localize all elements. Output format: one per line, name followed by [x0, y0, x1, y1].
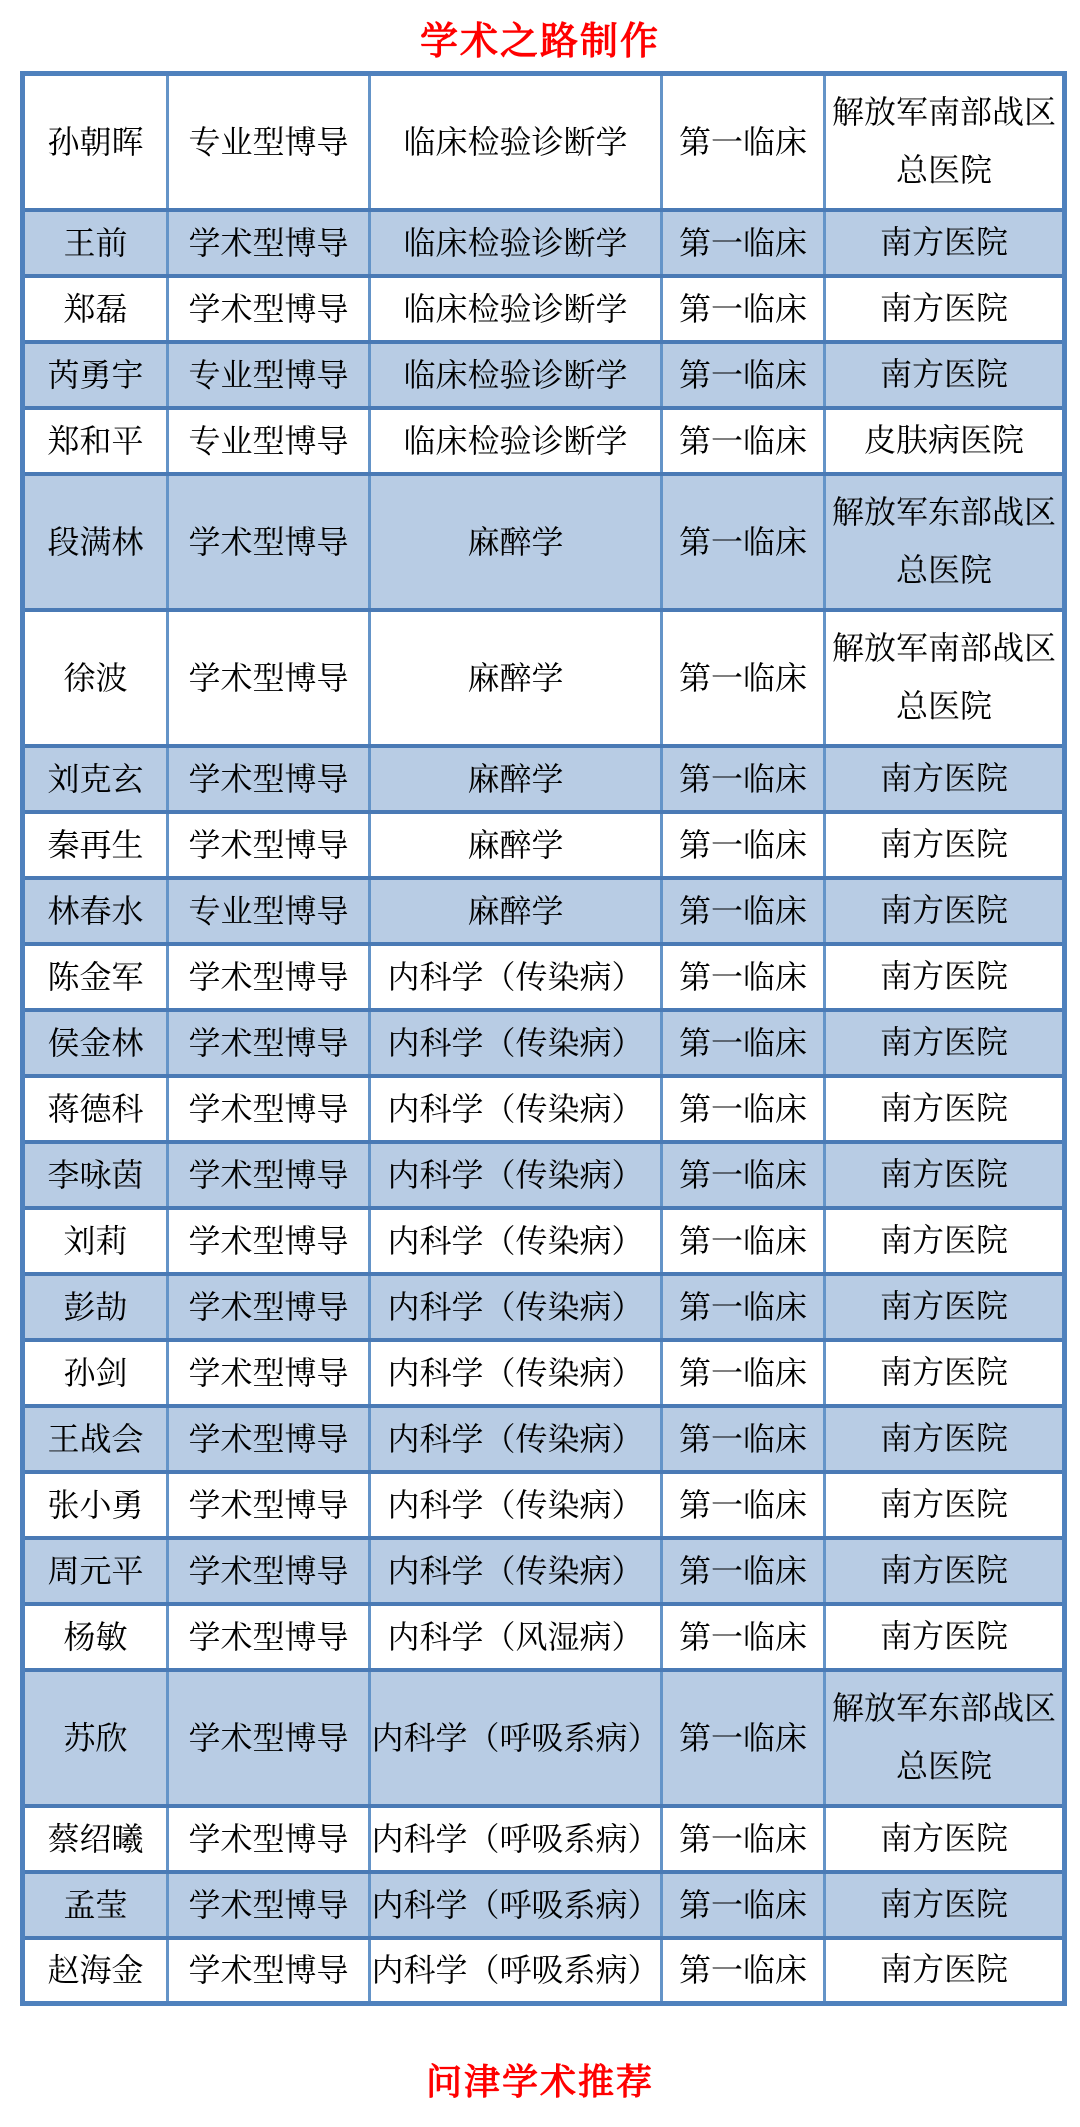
table-row: 彭劼学术型博导内科学（传染病）第一临床南方医院	[23, 1274, 1065, 1340]
cell-discipline: 内科学（传染病）	[370, 1472, 662, 1538]
cell-name: 芮勇宇	[23, 342, 168, 408]
cell-campus: 第一临床	[662, 408, 825, 474]
cell-hospital: 南方医院	[825, 1274, 1065, 1340]
cell-campus: 第一临床	[662, 342, 825, 408]
table-row: 赵海金学术型博导内科学（呼吸系病）第一临床南方医院	[23, 1938, 1065, 2004]
cell-mentor-type: 学术型博导	[168, 1010, 370, 1076]
cell-name: 陈金军	[23, 944, 168, 1010]
cell-campus: 第一临床	[662, 74, 825, 210]
cell-discipline: 麻醉学	[370, 610, 662, 746]
cell-mentor-type: 学术型博导	[168, 1670, 370, 1806]
cell-name: 孙朝晖	[23, 74, 168, 210]
cell-discipline: 内科学（传染病）	[370, 1538, 662, 1604]
cell-mentor-type: 学术型博导	[168, 610, 370, 746]
cell-campus: 第一临床	[662, 610, 825, 746]
cell-discipline: 内科学（呼吸系病）	[370, 1872, 662, 1938]
cell-hospital: 南方医院	[825, 210, 1065, 276]
cell-discipline: 临床检验诊断学	[370, 276, 662, 342]
cell-discipline: 内科学（呼吸系病）	[370, 1670, 662, 1806]
cell-campus: 第一临床	[662, 812, 825, 878]
cell-discipline: 内科学（呼吸系病）	[370, 1806, 662, 1872]
cell-hospital: 南方医院	[825, 1340, 1065, 1406]
cell-campus: 第一临床	[662, 1076, 825, 1142]
cell-mentor-type: 学术型博导	[168, 944, 370, 1010]
cell-mentor-type: 学术型博导	[168, 1142, 370, 1208]
cell-campus: 第一临床	[662, 1274, 825, 1340]
cell-mentor-type: 专业型博导	[168, 74, 370, 210]
cell-hospital: 南方医院	[825, 1472, 1065, 1538]
table-row: 苏欣学术型博导内科学（呼吸系病）第一临床解放军东部战区总医院	[23, 1670, 1065, 1806]
cell-discipline: 麻醉学	[370, 746, 662, 812]
cell-hospital: 南方医院	[825, 812, 1065, 878]
cell-hospital: 南方医院	[825, 1872, 1065, 1938]
cell-name: 李咏茵	[23, 1142, 168, 1208]
cell-hospital: 南方医院	[825, 1806, 1065, 1872]
cell-hospital: 南方医院	[825, 746, 1065, 812]
cell-hospital: 南方医院	[825, 1076, 1065, 1142]
cell-name: 张小勇	[23, 1472, 168, 1538]
cell-campus: 第一临床	[662, 1806, 825, 1872]
table-row: 孟莹学术型博导内科学（呼吸系病）第一临床南方医院	[23, 1872, 1065, 1938]
cell-name: 孙剑	[23, 1340, 168, 1406]
cell-discipline: 临床检验诊断学	[370, 408, 662, 474]
cell-mentor-type: 学术型博导	[168, 1938, 370, 2004]
cell-hospital: 解放军南部战区总医院	[825, 610, 1065, 746]
cell-discipline: 临床检验诊断学	[370, 342, 662, 408]
cell-hospital: 南方医院	[825, 1406, 1065, 1472]
cell-discipline: 内科学（传染病）	[370, 1208, 662, 1274]
cell-hospital: 南方医院	[825, 1010, 1065, 1076]
cell-campus: 第一临床	[662, 1142, 825, 1208]
page-title: 学术之路制作	[0, 10, 1080, 65]
cell-hospital: 皮肤病医院	[825, 408, 1065, 474]
cell-name: 杨敏	[23, 1604, 168, 1670]
cell-name: 郑和平	[23, 408, 168, 474]
table-row: 张小勇学术型博导内科学（传染病）第一临床南方医院	[23, 1472, 1065, 1538]
table-row: 孙朝晖专业型博导临床检验诊断学第一临床解放军南部战区总医院	[23, 74, 1065, 210]
cell-campus: 第一临床	[662, 1010, 825, 1076]
cell-name: 侯金林	[23, 1010, 168, 1076]
cell-mentor-type: 学术型博导	[168, 1274, 370, 1340]
cell-mentor-type: 学术型博导	[168, 276, 370, 342]
cell-campus: 第一临床	[662, 1538, 825, 1604]
cell-mentor-type: 学术型博导	[168, 1076, 370, 1142]
cell-campus: 第一临床	[662, 1472, 825, 1538]
cell-discipline: 内科学（传染病）	[370, 1406, 662, 1472]
cell-discipline: 麻醉学	[370, 878, 662, 944]
cell-campus: 第一临床	[662, 746, 825, 812]
cell-campus: 第一临床	[662, 1340, 825, 1406]
cell-campus: 第一临床	[662, 1208, 825, 1274]
cell-discipline: 麻醉学	[370, 812, 662, 878]
cell-hospital: 南方医院	[825, 342, 1065, 408]
table-row: 杨敏学术型博导内科学（风湿病）第一临床南方医院	[23, 1604, 1065, 1670]
cell-campus: 第一临床	[662, 1604, 825, 1670]
cell-name: 秦再生	[23, 812, 168, 878]
table-row: 蒋德科学术型博导内科学（传染病）第一临床南方医院	[23, 1076, 1065, 1142]
cell-name: 郑磊	[23, 276, 168, 342]
cell-discipline: 内科学（风湿病）	[370, 1604, 662, 1670]
cell-discipline: 麻醉学	[370, 474, 662, 610]
table-row: 孙剑学术型博导内科学（传染病）第一临床南方医院	[23, 1340, 1065, 1406]
cell-hospital: 南方医院	[825, 1142, 1065, 1208]
cell-hospital: 南方医院	[825, 1208, 1065, 1274]
cell-name: 段满林	[23, 474, 168, 610]
cell-hospital: 解放军东部战区总医院	[825, 1670, 1065, 1806]
cell-mentor-type: 专业型博导	[168, 878, 370, 944]
cell-hospital: 南方医院	[825, 1938, 1065, 2004]
cell-hospital: 南方医院	[825, 944, 1065, 1010]
cell-name: 蔡绍曦	[23, 1806, 168, 1872]
table-row: 郑磊学术型博导临床检验诊断学第一临床南方医院	[23, 276, 1065, 342]
table-row: 陈金军学术型博导内科学（传染病）第一临床南方医院	[23, 944, 1065, 1010]
cell-mentor-type: 学术型博导	[168, 1340, 370, 1406]
cell-hospital: 南方医院	[825, 276, 1065, 342]
cell-name: 孟莹	[23, 1872, 168, 1938]
cell-campus: 第一临床	[662, 210, 825, 276]
cell-discipline: 内科学（传染病）	[370, 1340, 662, 1406]
table-row: 段满林学术型博导麻醉学第一临床解放军东部战区总医院	[23, 474, 1065, 610]
cell-name: 彭劼	[23, 1274, 168, 1340]
cell-mentor-type: 专业型博导	[168, 408, 370, 474]
table-row: 秦再生学术型博导麻醉学第一临床南方医院	[23, 812, 1065, 878]
cell-discipline: 内科学（呼吸系病）	[370, 1938, 662, 2004]
cell-mentor-type: 专业型博导	[168, 342, 370, 408]
table-row: 刘莉学术型博导内科学（传染病）第一临床南方医院	[23, 1208, 1065, 1274]
cell-hospital: 解放军东部战区总医院	[825, 474, 1065, 610]
cell-hospital: 南方医院	[825, 1538, 1065, 1604]
table-row: 林春水专业型博导麻醉学第一临床南方医院	[23, 878, 1065, 944]
cell-name: 林春水	[23, 878, 168, 944]
cell-name: 刘莉	[23, 1208, 168, 1274]
table-row: 李咏茵学术型博导内科学（传染病）第一临床南方医院	[23, 1142, 1065, 1208]
footer-credit: 问津学术推荐	[0, 2054, 1080, 2127]
cell-campus: 第一临床	[662, 1406, 825, 1472]
cell-discipline: 内科学（传染病）	[370, 1274, 662, 1340]
cell-name: 王战会	[23, 1406, 168, 1472]
cell-mentor-type: 学术型博导	[168, 812, 370, 878]
cell-campus: 第一临床	[662, 1938, 825, 2004]
cell-mentor-type: 学术型博导	[168, 1208, 370, 1274]
cell-mentor-type: 学术型博导	[168, 1538, 370, 1604]
cell-discipline: 内科学（传染病）	[370, 1076, 662, 1142]
table-row: 王战会学术型博导内科学（传染病）第一临床南方医院	[23, 1406, 1065, 1472]
table-row: 刘克玄学术型博导麻醉学第一临床南方医院	[23, 746, 1065, 812]
cell-discipline: 内科学（传染病）	[370, 944, 662, 1010]
cell-campus: 第一临床	[662, 474, 825, 610]
cell-hospital: 解放军南部战区总医院	[825, 74, 1065, 210]
cell-name: 苏欣	[23, 1670, 168, 1806]
cell-mentor-type: 学术型博导	[168, 746, 370, 812]
cell-mentor-type: 学术型博导	[168, 1872, 370, 1938]
table-row: 周元平学术型博导内科学（传染病）第一临床南方医院	[23, 1538, 1065, 1604]
cell-campus: 第一临床	[662, 1872, 825, 1938]
roster-body: 孙朝晖专业型博导临床检验诊断学第一临床解放军南部战区总医院王前学术型博导临床检验…	[23, 74, 1065, 2004]
table-row: 徐波学术型博导麻醉学第一临床解放军南部战区总医院	[23, 610, 1065, 746]
cell-mentor-type: 学术型博导	[168, 210, 370, 276]
cell-discipline: 临床检验诊断学	[370, 210, 662, 276]
table-row: 蔡绍曦学术型博导内科学（呼吸系病）第一临床南方医院	[23, 1806, 1065, 1872]
cell-campus: 第一临床	[662, 944, 825, 1010]
supervisor-roster-table: 孙朝晖专业型博导临床检验诊断学第一临床解放军南部战区总医院王前学术型博导临床检验…	[20, 71, 1067, 2006]
cell-campus: 第一临床	[662, 878, 825, 944]
cell-mentor-type: 学术型博导	[168, 1604, 370, 1670]
cell-discipline: 内科学（传染病）	[370, 1010, 662, 1076]
cell-name: 周元平	[23, 1538, 168, 1604]
cell-discipline: 内科学（传染病）	[370, 1142, 662, 1208]
cell-campus: 第一临床	[662, 1670, 825, 1806]
cell-name: 徐波	[23, 610, 168, 746]
cell-name: 赵海金	[23, 1938, 168, 2004]
table-row: 王前学术型博导临床检验诊断学第一临床南方医院	[23, 210, 1065, 276]
cell-discipline: 临床检验诊断学	[370, 74, 662, 210]
cell-name: 蒋德科	[23, 1076, 168, 1142]
cell-campus: 第一临床	[662, 276, 825, 342]
cell-name: 王前	[23, 210, 168, 276]
cell-hospital: 南方医院	[825, 878, 1065, 944]
table-row: 侯金林学术型博导内科学（传染病）第一临床南方医院	[23, 1010, 1065, 1076]
cell-hospital: 南方医院	[825, 1604, 1065, 1670]
table-row: 芮勇宇专业型博导临床检验诊断学第一临床南方医院	[23, 342, 1065, 408]
cell-name: 刘克玄	[23, 746, 168, 812]
cell-mentor-type: 学术型博导	[168, 1406, 370, 1472]
cell-mentor-type: 学术型博导	[168, 1472, 370, 1538]
cell-mentor-type: 学术型博导	[168, 1806, 370, 1872]
table-row: 郑和平专业型博导临床检验诊断学第一临床皮肤病医院	[23, 408, 1065, 474]
cell-mentor-type: 学术型博导	[168, 474, 370, 610]
